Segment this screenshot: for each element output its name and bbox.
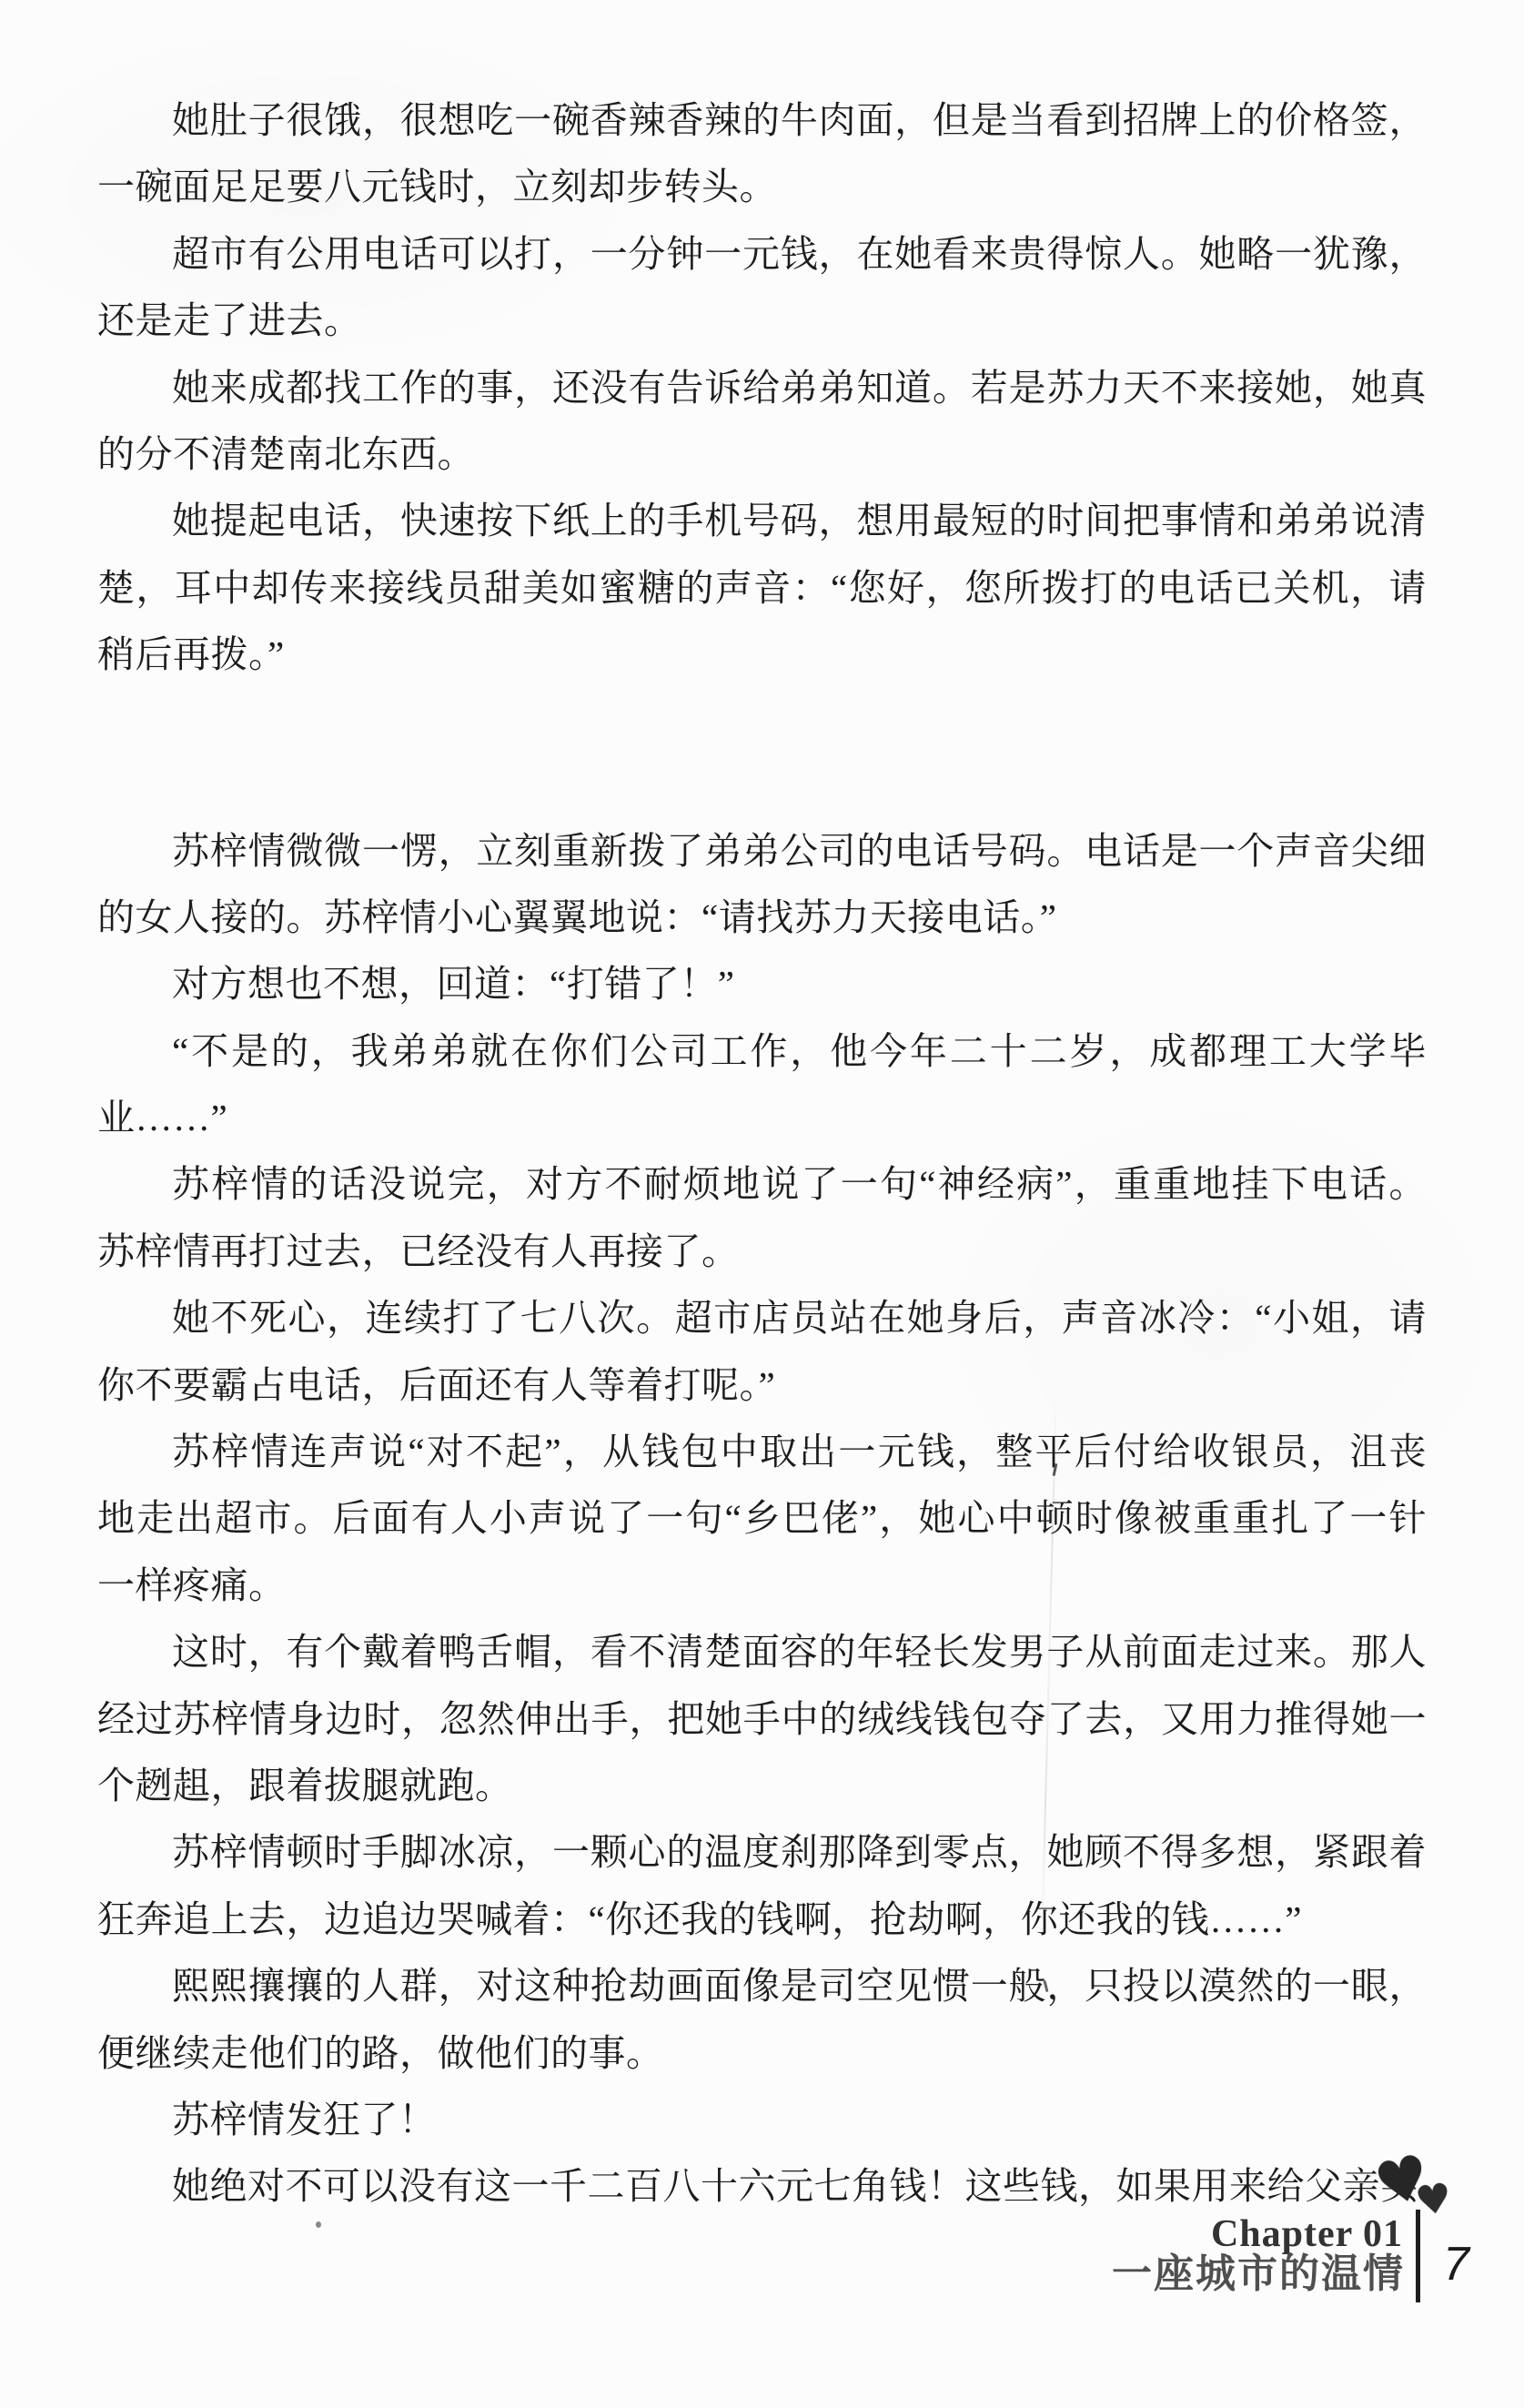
text-line: 超市有公用电话可以打，一分钟一元钱，在她看来贵得惊人。她略一犹豫，	[97, 221, 1427, 288]
text-line: 苏梓情发狂了！	[97, 2087, 1427, 2153]
paragraph: “不是的，我弟弟就在你们公司工作，他今年二十二岁，成都理工大学毕业……”	[97, 1018, 1427, 1152]
chapter-title: 一座城市的温情	[1112, 2251, 1405, 2297]
paragraph: 苏梓情发狂了！	[97, 2087, 1427, 2153]
paragraph: 超市有公用电话可以打，一分钟一元钱，在她看来贵得惊人。她略一犹豫，还是走了进去。	[97, 221, 1427, 355]
paragraph: 她肚子很饿，很想吃一碗香辣香辣的牛肉面，但是当看到招牌上的价格签，一碗面足足要八…	[97, 87, 1427, 221]
text-line: 一碗面足足要八元钱时，立刻却步转头。	[97, 154, 1427, 220]
text-line: 业……”	[97, 1085, 1427, 1151]
paragraph: 苏梓情连声说“对不起”，从钱包中取出一元钱，整平后付给收银员，沮丧地走出超市。后…	[97, 1419, 1427, 1619]
text-line: 对方想也不想，回道：“打错了！”	[97, 951, 1427, 1017]
paragraph: 这时，有个戴着鸭舌帽，看不清楚面容的年轻长发男子从前面走过来。那人经过苏梓情身边…	[97, 1619, 1427, 1819]
text-line: “不是的，我弟弟就在你们公司工作，他今年二十二岁，成都理工大学毕	[97, 1018, 1427, 1085]
text-line: 个趔趄，跟着拔腿就跑。	[97, 1753, 1427, 1819]
text-line: 还是走了进去。	[97, 288, 1427, 354]
text-line: 苏梓情微微一愣，立刻重新拨了弟弟公司的电话号码。电话是一个声音尖细	[97, 818, 1427, 885]
paragraph: 她来成都找工作的事，还没有告诉给弟弟知道。若是苏力天不来接她，她真的分不清楚南北…	[97, 355, 1427, 489]
text-line: 苏梓情顿时手脚冰凉，一颗心的温度刹那降到零点，她顾不得多想，紧跟着	[97, 1819, 1427, 1886]
text-line: 狂奔追上去，边追边哭喊着：“你还我的钱啊，抢劫啊，你还我的钱……”	[97, 1887, 1427, 1953]
scan-speck	[316, 2221, 321, 2228]
text-line: 这时，有个戴着鸭舌帽，看不清楚面容的年轻长发男子从前面走过来。那人	[97, 1619, 1427, 1685]
text-line: 的分不清楚南北东西。	[97, 421, 1427, 488]
paragraph: 她绝对不可以没有这一千二百八十六元七角钱！这些钱，如果用来给父亲买	[97, 2153, 1427, 2220]
paragraph: 她不死心，连续打了七八次。超市店员站在她身后，声音冰冷：“小姐，请你不要霸占电话…	[97, 1285, 1427, 1419]
text-line: 地走出超市。后面有人小声说了一句“乡巴佬”，她心中顿时像被重重扎了一针	[97, 1485, 1427, 1552]
text-line: 苏梓情连声说“对不起”，从钱包中取出一元钱，整平后付给收银员，沮丧	[97, 1419, 1427, 1485]
text-line: 你不要霸占电话，后面还有人等着打呢。”	[97, 1352, 1427, 1419]
text-line: 她肚子很饿，很想吃一碗香辣香辣的牛肉面，但是当看到招牌上的价格签，	[97, 87, 1427, 154]
text-line: 稍后再拨。”	[97, 622, 1427, 688]
paragraph: 对方想也不想，回道：“打错了！”	[97, 951, 1427, 1017]
text-line: 的女人接的。苏梓情小心翼翼地说：“请找苏力天接电话。”	[97, 885, 1427, 951]
text-line: 她不死心，连续打了七八次。超市店员站在她身后，声音冰冷：“小姐，请	[97, 1285, 1427, 1351]
text-line: 苏梓情再打过去，已经没有人再接了。	[97, 1219, 1427, 1285]
text-line: 便继续走他们的路，做他们的事。	[97, 2020, 1427, 2087]
paragraph: 苏梓情的话没说完，对方不耐烦地说了一句“神经病”，重重地挂下电话。苏梓情再打过去…	[97, 1151, 1427, 1285]
paragraph: 苏梓情顿时手脚冰凉，一颗心的温度刹那降到零点，她顾不得多想，紧跟着狂奔追上去，边…	[97, 1819, 1427, 1953]
text-line: 经过苏梓情身边时，忽然伸出手，把她手中的绒线钱包夺了去，又用力推得她一	[97, 1686, 1427, 1753]
text-line: 熙熙攘攘的人群，对这种抢劫画面像是司空见惯一般，只投以漠然的一眼，	[97, 1953, 1427, 2019]
text-line: 她来成都找工作的事，还没有告诉给弟弟知道。若是苏力天不来接她，她真	[97, 355, 1427, 421]
chapter-label: Chapter 01	[1211, 2213, 1403, 2255]
text-line: 她提起电话，快速按下纸上的手机号码，想用最短的时间把事情和弟弟说清	[97, 488, 1427, 554]
page-number: 7	[1443, 2237, 1469, 2292]
text-line: 楚，耳中却传来接线员甜美如蜜糖的声音：“您好，您所拨打的电话已关机，请	[97, 555, 1427, 622]
text-line: 她绝对不可以没有这一千二百八十六元七角钱！这些钱，如果用来给父亲买	[97, 2153, 1427, 2220]
paragraph: 她提起电话，快速按下纸上的手机号码，想用最短的时间把事情和弟弟说清楚，耳中却传来…	[97, 488, 1427, 688]
paragraph: 熙熙攘攘的人群，对这种抢劫画面像是司空见惯一般，只投以漠然的一眼，便继续走他们的…	[97, 1953, 1427, 2087]
text-line: 苏梓情的话没说完，对方不耐烦地说了一句“神经病”，重重地挂下电话。	[97, 1151, 1427, 1218]
book-page: 她肚子很饿，很想吃一碗香辣香辣的牛肉面，但是当看到招牌上的价格签，一碗面足足要八…	[0, 0, 1524, 2408]
text-line: 一样疼痛。	[97, 1553, 1427, 1619]
paragraph: 苏梓情微微一愣，立刻重新拨了弟弟公司的电话号码。电话是一个声音尖细的女人接的。苏…	[97, 818, 1427, 952]
footer-divider	[1416, 2210, 1420, 2302]
text-block: 她肚子很饿，很想吃一碗香辣香辣的牛肉面，但是当看到招牌上的价格签，一碗面足足要八…	[97, 87, 1427, 2221]
